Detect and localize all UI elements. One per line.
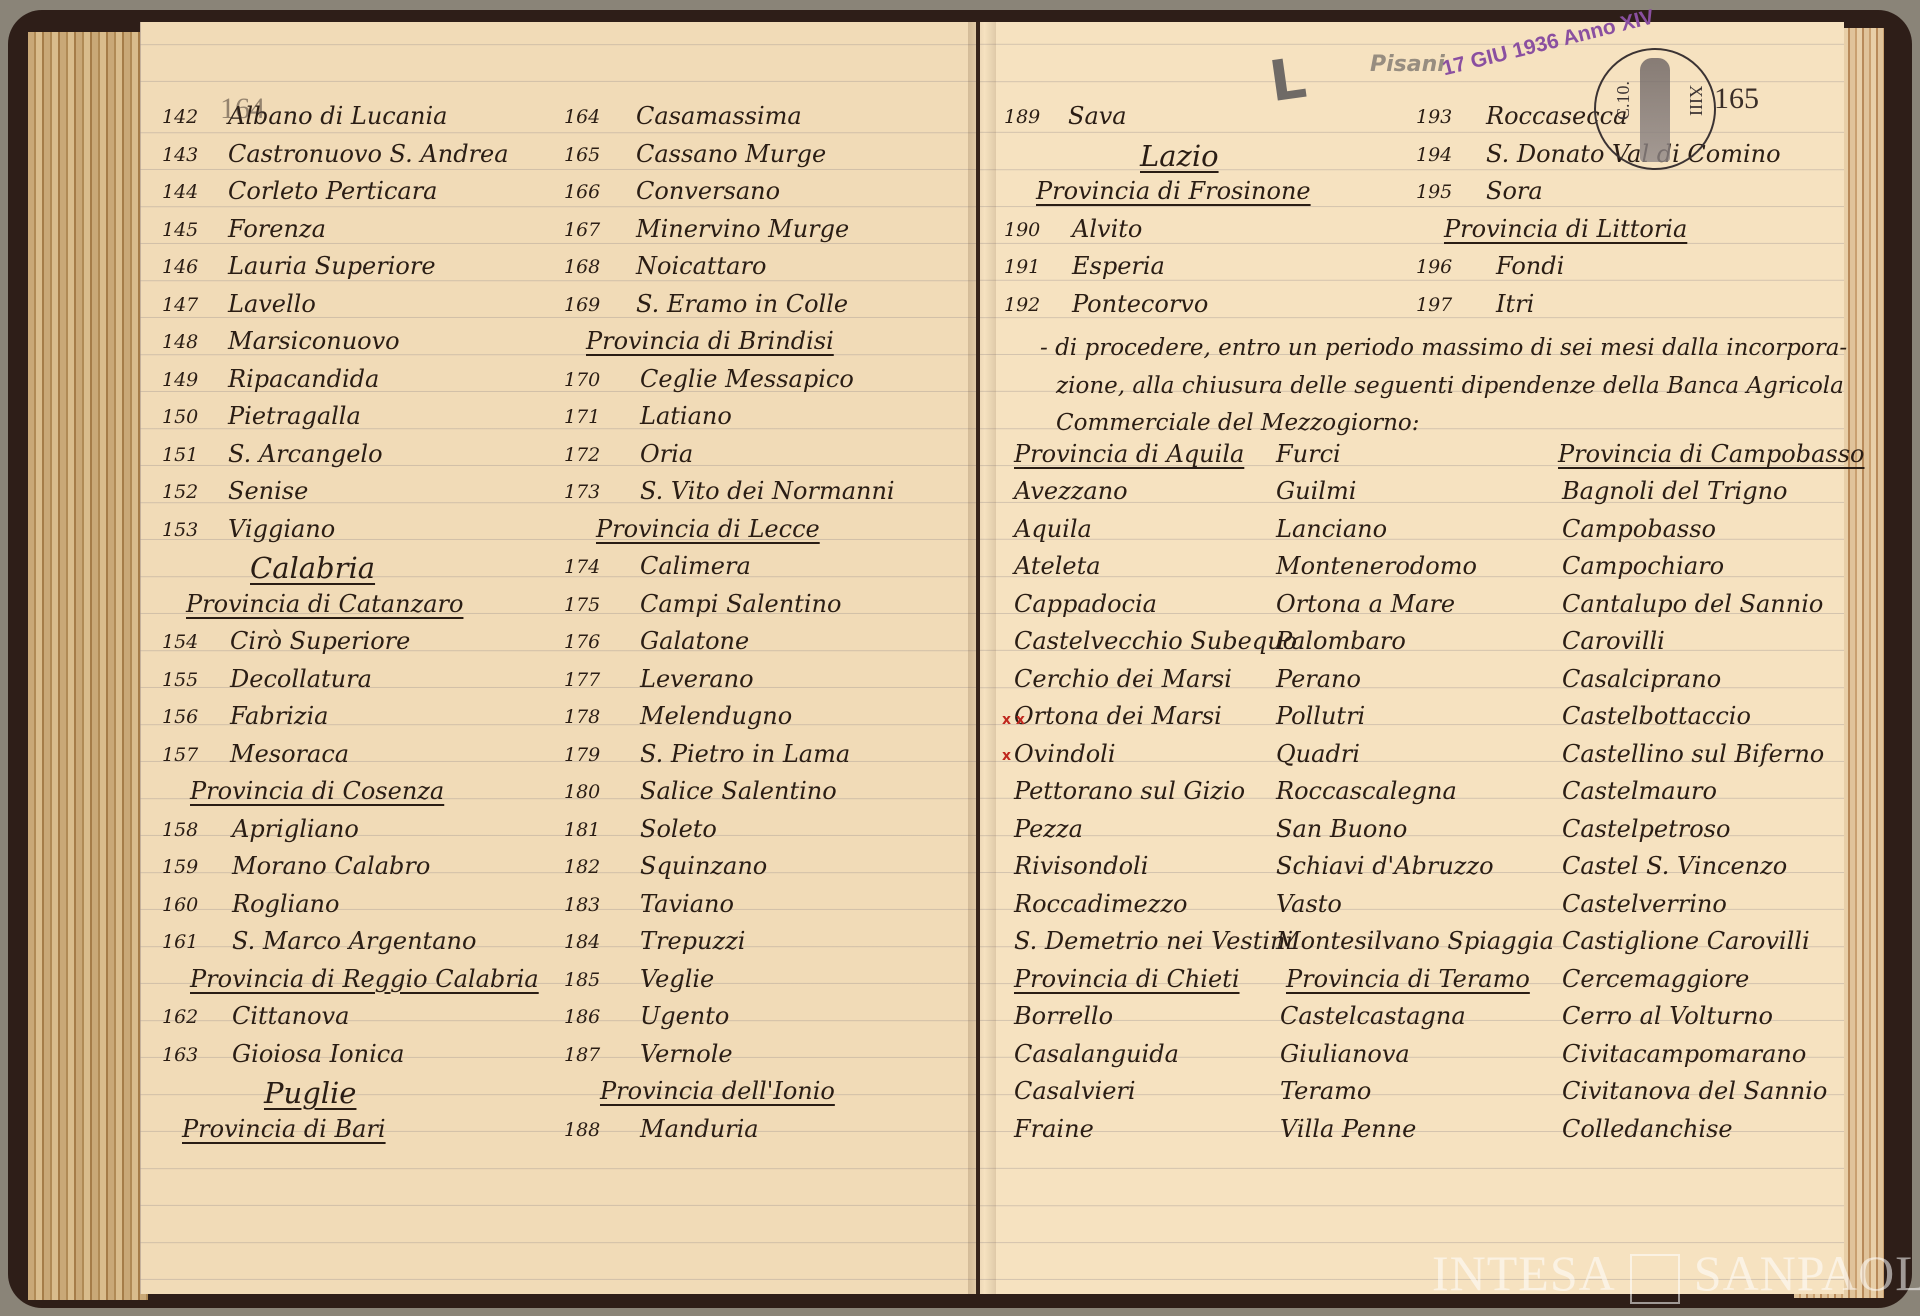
- section-heading: Puglie: [264, 1079, 356, 1108]
- entry-name: Civitacampomarano: [1562, 1042, 1806, 1066]
- entry-number: 161: [162, 933, 198, 952]
- red-mark: x x: [1002, 712, 1025, 728]
- paragraph-line: zione, alla chiusura delle seguenti dipe…: [1056, 373, 1844, 399]
- entry-name: Roccadimezzo: [1014, 892, 1187, 916]
- pencil-mark-word: Pisani: [1370, 52, 1445, 77]
- entry-name: Vasto: [1276, 892, 1342, 916]
- entry-name: Lavello: [228, 292, 316, 316]
- entry-name: Pezza: [1014, 817, 1083, 841]
- official-seal: C.10. XIII: [1594, 48, 1716, 170]
- entry-name: Castiglione Carovilli: [1562, 929, 1810, 953]
- entry-name: Casalciprano: [1562, 667, 1721, 691]
- section-heading: Provincia di Bari: [182, 1117, 386, 1141]
- seal-label-right: XIII: [1685, 85, 1706, 116]
- entry-number: 163: [162, 1046, 198, 1065]
- entry-name: Vernole: [640, 1042, 733, 1066]
- entry-number: 193: [1416, 108, 1452, 127]
- entry-number: 179: [564, 746, 600, 765]
- entry-name: Esperia: [1072, 254, 1165, 278]
- entry-name: Castelverrino: [1562, 892, 1727, 916]
- entry-name: Borrello: [1014, 1004, 1113, 1028]
- entry-number: 189: [1004, 108, 1040, 127]
- entry-name: Cassano Murge: [636, 142, 826, 166]
- entry-name: Ceglie Messapico: [640, 367, 854, 391]
- entry-name: Lanciano: [1276, 517, 1387, 541]
- section-heading: Provincia di Aquila: [1014, 442, 1244, 466]
- entry-name: Cerchio dei Marsi: [1014, 667, 1232, 691]
- entry-name: Casalanguida: [1014, 1042, 1179, 1066]
- entry-number: 164: [564, 108, 600, 127]
- entry-name: Cappadocia: [1014, 592, 1157, 616]
- entry-number: 144: [162, 183, 198, 202]
- entry-name: Schiavi d'Abruzzo: [1276, 854, 1494, 878]
- entry-name: Campobasso: [1562, 517, 1716, 541]
- entry-name: S. Arcangelo: [228, 442, 383, 466]
- entry-name: Cirò Superiore: [230, 629, 410, 653]
- entry-number: 173: [564, 483, 600, 502]
- entry-name: Montenerodomo: [1276, 554, 1477, 578]
- entry-name: Campi Salentino: [640, 592, 841, 616]
- entry-name: Cittanova: [232, 1004, 349, 1028]
- watermark-left: INTESA: [1432, 1245, 1616, 1301]
- entry-name: Trepuzzi: [640, 929, 745, 953]
- page-number-right: 165: [1714, 82, 1759, 116]
- entry-name: Mesoraca: [230, 742, 349, 766]
- entry-number: 186: [564, 1008, 600, 1027]
- entry-number: 165: [564, 146, 600, 165]
- entry-number: 197: [1416, 296, 1452, 315]
- entry-name: Pontecorvo: [1072, 292, 1208, 316]
- entry-name: Rogliano: [232, 892, 339, 916]
- entry-name: Sava: [1068, 104, 1127, 128]
- entry-number: 170: [564, 371, 600, 390]
- entry-name: Alvito: [1072, 217, 1142, 241]
- entry-name: Ortona dei Marsi: [1014, 704, 1222, 728]
- entry-name: Civitanova del Sannio: [1562, 1079, 1827, 1103]
- entry-number: 167: [564, 221, 600, 240]
- entry-name: Fabrizia: [230, 704, 328, 728]
- entry-number: 145: [162, 221, 198, 240]
- entry-number: 175: [564, 596, 600, 615]
- entry-number: 185: [564, 971, 600, 990]
- entry-name: Perano: [1276, 667, 1361, 691]
- entry-name: Manduria: [640, 1117, 759, 1141]
- entry-name: Furci: [1276, 442, 1341, 466]
- entry-name: Senise: [228, 479, 308, 503]
- entry-name: Quadri: [1276, 742, 1360, 766]
- section-heading: Provincia di Catanzaro: [186, 592, 463, 616]
- entry-number: 180: [564, 783, 600, 802]
- entry-name: Taviano: [640, 892, 734, 916]
- section-heading: Provincia di Teramo: [1286, 967, 1530, 991]
- entry-name: Squinzano: [640, 854, 767, 878]
- entry-name: S. Pietro in Lama: [640, 742, 850, 766]
- entry-name: Rivisondoli: [1014, 854, 1148, 878]
- entry-name: Palombaro: [1276, 629, 1406, 653]
- section-heading: Provincia di Brindisi: [586, 329, 834, 353]
- margin-line: [140, 22, 141, 1294]
- section-heading: Provincia di Lecce: [596, 517, 820, 541]
- entry-number: 168: [564, 258, 600, 277]
- section-heading: Provincia di Cosenza: [190, 779, 444, 803]
- entry-name: Colledanchise: [1562, 1117, 1733, 1141]
- entry-name: Castelmauro: [1562, 779, 1717, 803]
- entry-name: Noicattaro: [636, 254, 766, 278]
- entry-number: 176: [564, 633, 600, 652]
- entry-name: San Buono: [1276, 817, 1407, 841]
- entry-name: S. Demetrio nei Vestini: [1014, 929, 1293, 953]
- watermark: INTESASANPAOLO: [1432, 1244, 1920, 1304]
- entry-number: 171: [564, 408, 600, 427]
- entry-number: 159: [162, 858, 198, 877]
- entry-number: 184: [564, 933, 600, 952]
- entry-name: Pettorano sul Gizio: [1014, 779, 1245, 803]
- entry-name: Castronuovo S. Andrea: [228, 142, 509, 166]
- entry-name: Decollatura: [230, 667, 372, 691]
- section-heading: Provincia di Littoria: [1444, 217, 1687, 241]
- entry-name: Galatone: [640, 629, 749, 653]
- seal-figure-icon: [1640, 58, 1670, 162]
- paragraph-line: - di procedere, entro un periodo massimo…: [1040, 335, 1847, 361]
- entry-name: Lauria Superiore: [228, 254, 436, 278]
- entry-number: 181: [564, 821, 600, 840]
- book-gutter: [968, 22, 996, 1294]
- entry-number: 182: [564, 858, 600, 877]
- entry-number: 178: [564, 708, 600, 727]
- entry-number: 195: [1416, 183, 1452, 202]
- entry-name: Ortona a Mare: [1276, 592, 1455, 616]
- entry-number: 172: [564, 446, 600, 465]
- entry-number: 148: [162, 333, 198, 352]
- entry-number: 149: [162, 371, 198, 390]
- entry-name: Viggiano: [228, 517, 335, 541]
- entry-name: Pollutri: [1276, 704, 1365, 728]
- entry-name: Cercemaggiore: [1562, 967, 1749, 991]
- section-heading: Lazio: [1140, 142, 1219, 171]
- entry-name: Casamassima: [636, 104, 802, 128]
- entry-name: Guilmi: [1276, 479, 1356, 503]
- section-heading: Provincia dell'Ionio: [600, 1079, 835, 1103]
- entry-name: Castelpetroso: [1562, 817, 1730, 841]
- entry-name: Castel S. Vincenzo: [1562, 854, 1787, 878]
- entry-name: Melendugno: [640, 704, 792, 728]
- entry-number: 146: [162, 258, 198, 277]
- entry-name: Pietragalla: [228, 404, 361, 428]
- entry-name: Aprigliano: [232, 817, 359, 841]
- entry-name: Itri: [1496, 292, 1534, 316]
- entry-name: Montesilvano Spiaggia: [1276, 929, 1554, 953]
- page-number-left: 164: [220, 92, 265, 126]
- entry-name: Ateleta: [1014, 554, 1101, 578]
- entry-number: 188: [564, 1121, 600, 1140]
- entry-number: 192: [1004, 296, 1040, 315]
- entry-number: 143: [162, 146, 198, 165]
- entry-name: Forenza: [228, 217, 326, 241]
- entry-name: Bagnoli del Trigno: [1562, 479, 1788, 503]
- entry-number: 190: [1004, 221, 1040, 240]
- entry-number: 177: [564, 671, 600, 690]
- entry-number: 157: [162, 746, 198, 765]
- entry-name: Roccascalegna: [1276, 779, 1457, 803]
- entry-number: 191: [1004, 258, 1040, 277]
- entry-name: Cerro al Volturno: [1562, 1004, 1773, 1028]
- section-heading: Provincia di Reggio Calabria: [190, 967, 539, 991]
- entry-number: 142: [162, 108, 198, 127]
- entry-number: 169: [564, 296, 600, 315]
- entry-number: 158: [162, 821, 198, 840]
- entry-number: 154: [162, 633, 198, 652]
- entry-number: 162: [162, 1008, 198, 1027]
- entry-name: Teramo: [1280, 1079, 1371, 1103]
- entry-name: S. Marco Argentano: [232, 929, 476, 953]
- section-heading: Provincia di Frosinone: [1036, 179, 1311, 203]
- entry-name: Fondi: [1496, 254, 1564, 278]
- entry-number: 151: [162, 446, 198, 465]
- entry-number: 187: [564, 1046, 600, 1065]
- entry-name: Giulianova: [1280, 1042, 1410, 1066]
- page-edges-left: [28, 32, 148, 1300]
- entry-name: Minervino Murge: [636, 217, 849, 241]
- entry-number: 183: [564, 896, 600, 915]
- bank-logo-icon: [1630, 1254, 1680, 1304]
- entry-name: Ovindoli: [1014, 742, 1116, 766]
- entry-name: Salice Salentino: [640, 779, 837, 803]
- entry-name: Ripacandida: [228, 367, 379, 391]
- entry-name: Oria: [640, 442, 693, 466]
- entry-number: 147: [162, 296, 198, 315]
- entry-number: 156: [162, 708, 198, 727]
- entry-name: Castellino sul Biferno: [1562, 742, 1824, 766]
- entry-name: Fraine: [1014, 1117, 1094, 1141]
- entry-number: 160: [162, 896, 198, 915]
- entry-number: 153: [162, 521, 198, 540]
- entry-name: Ugento: [640, 1004, 729, 1028]
- entry-name: Avezzano: [1014, 479, 1128, 503]
- entry-name: Carovilli: [1562, 629, 1665, 653]
- entry-name: Casalvieri: [1014, 1079, 1136, 1103]
- red-mark: x: [1002, 748, 1011, 764]
- seal-label-left: C.10.: [1613, 81, 1634, 120]
- entry-number: 166: [564, 183, 600, 202]
- entry-name: Morano Calabro: [232, 854, 430, 878]
- entry-name: Villa Penne: [1280, 1117, 1416, 1141]
- entry-name: Latiano: [640, 404, 732, 428]
- entry-name: Leverano: [640, 667, 754, 691]
- entry-name: Aquila: [1014, 517, 1092, 541]
- entry-name: S. Eramo in Colle: [636, 292, 848, 316]
- entry-number: 194: [1416, 146, 1452, 165]
- entry-name: Gioiosa Ionica: [232, 1042, 405, 1066]
- entry-name: Veglie: [640, 967, 714, 991]
- entry-name: Soleto: [640, 817, 717, 841]
- entry-name: Campochiaro: [1562, 554, 1724, 578]
- entry-number: 196: [1416, 258, 1452, 277]
- entry-name: Castelvecchio Subequo: [1014, 629, 1297, 653]
- entry-name: Castelbottaccio: [1562, 704, 1751, 728]
- watermark-right: SANPAOLO: [1694, 1245, 1920, 1301]
- section-heading: Provincia di Chieti: [1014, 967, 1240, 991]
- entry-name: Castelcastagna: [1280, 1004, 1466, 1028]
- entry-number: 152: [162, 483, 198, 502]
- entry-name: Conversano: [636, 179, 780, 203]
- entry-number: 150: [162, 408, 198, 427]
- entry-name: S. Vito dei Normanni: [640, 479, 895, 503]
- entry-name: Marsiconuovo: [228, 329, 400, 353]
- entry-name: Corleto Perticara: [228, 179, 437, 203]
- entry-number: 174: [564, 558, 600, 577]
- entry-name: Cantalupo del Sannio: [1562, 592, 1823, 616]
- entry-number: 155: [162, 671, 198, 690]
- section-heading: Calabria: [250, 554, 375, 583]
- paragraph-line: Commerciale del Mezzogiorno:: [1056, 410, 1419, 436]
- entry-name: Sora: [1486, 179, 1543, 203]
- section-heading: Provincia di Campobasso: [1558, 442, 1864, 466]
- entry-name: Calimera: [640, 554, 751, 578]
